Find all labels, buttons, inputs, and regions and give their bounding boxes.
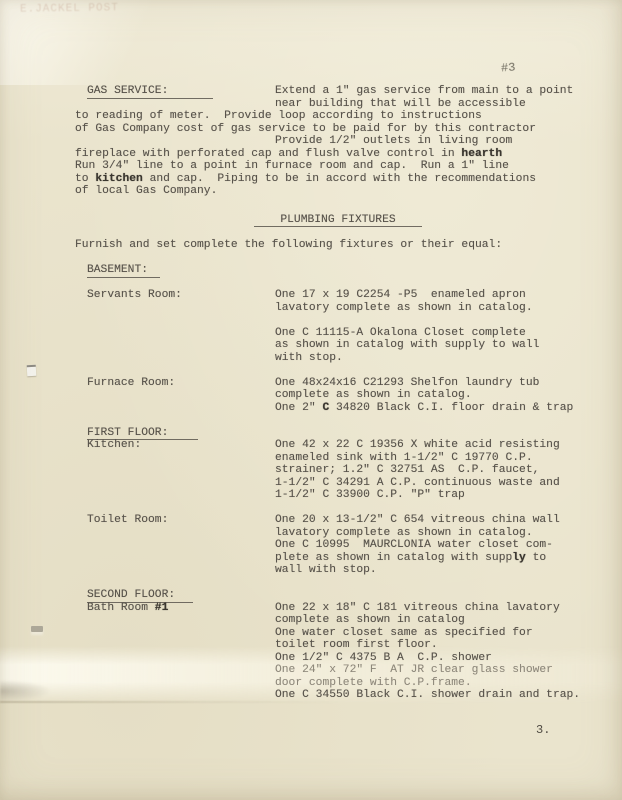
typed-text: One C 11115-A Okalona Closet complete [275, 327, 526, 339]
doc-line [75, 198, 575, 211]
line-text: strainer; 1.2" C 32751 AS C.P. faucet, [275, 464, 539, 476]
typed-text: to [526, 552, 546, 564]
typed-text: to [75, 173, 95, 185]
typed-text: enameled sink with 1-1/2" C 19770 C.P. [275, 452, 533, 464]
line-text: door complete with C.P.frame. [275, 677, 472, 689]
page-number: 3. [536, 723, 550, 737]
typed-text: complete as shown in catalog. [275, 389, 472, 401]
doc-line: to kitchen and cap. Piping to be in acco… [75, 173, 575, 186]
section-heading: BASEMENT: [87, 264, 160, 278]
doc-line [75, 314, 575, 327]
doc-line [75, 577, 575, 590]
typed-text: toilet room first floor. [275, 639, 438, 651]
overstruck-text: ly [512, 552, 526, 564]
line-text: 1-1/2" C 33900 C.P. "P" trap [275, 489, 465, 501]
doc-line: Furnish and set complete the following f… [75, 239, 575, 252]
doc-line [75, 252, 575, 265]
typed-text: Kitchen: [87, 439, 141, 451]
doc-line: lavatory complete as shown in catalog. [75, 302, 575, 315]
doc-line [75, 502, 575, 515]
line-text: One 42 x 22 C 19356 X white acid resisti… [275, 439, 560, 451]
typed-text: Servants Room: [87, 289, 182, 301]
typed-text: with stop. [275, 352, 343, 364]
doc-line: SECOND FLOOR: [75, 589, 575, 602]
line-text: complete as shown in catalog. [275, 389, 472, 401]
line-text: One 17 x 19 C2254 -P5 enameled apron [275, 289, 526, 301]
line-text: 1-1/2" C 34291 A C.P. continuous waste a… [275, 477, 560, 489]
paper-smudge [0, 680, 50, 702]
line-text: toilet room first floor. [275, 639, 438, 651]
typed-text: One 48x24x16 C21293 Shelfon laundry tub [275, 377, 539, 389]
line-text: with stop. [275, 352, 343, 364]
doc-line: One C 34550 Black C.I. shower drain and … [75, 689, 575, 702]
doc-line: One 24" x 72" F AT JR clear glass shower [75, 664, 575, 677]
typed-text: One C 10995 MAURCLONIA water closet com- [275, 539, 553, 551]
doc-line: 1-1/2" C 34291 A C.P. continuous waste a… [75, 477, 575, 490]
doc-line: complete as shown in catalog. [75, 389, 575, 402]
page-ref-top: #3 [501, 61, 516, 76]
doc-line: to reading of meter. Provide loop accord… [75, 110, 575, 123]
line-text: One 48x24x16 C21293 Shelfon laundry tub [275, 377, 539, 389]
room-label: Bath Room #1 [87, 602, 168, 615]
typed-text: PLUMBING FIXTURES [280, 214, 395, 226]
doc-line: as shown in catalog with supply to wall [75, 339, 575, 352]
typed-text: One water closet same as specified for [275, 627, 533, 639]
line-text: Run 3/4" line to a point in furnace room… [75, 160, 509, 172]
typed-text: of Gas Company cost of gas service to be… [75, 123, 536, 135]
typed-text: lavatory complete as shown in catalog. [275, 302, 533, 314]
paper-speck [31, 626, 43, 632]
doc-line: strainer; 1.2" C 32751 AS C.P. faucet, [75, 464, 575, 477]
doc-line [75, 227, 575, 240]
doc-line: plete as shown in catalog with supply to [75, 552, 575, 565]
typed-text: BASEMENT: [87, 264, 148, 276]
doc-line: near building that will be accessible [75, 98, 575, 111]
typed-text: Run 3/4" line to a point in furnace room… [75, 160, 509, 172]
typed-text: One 1/2" C 4375 B A C.P. shower [275, 652, 492, 664]
doc-line: PLUMBING FIXTURES [88, 214, 588, 227]
line-text: lavatory complete as shown in catalog. [275, 302, 533, 314]
typed-text: One 22 x 18" C 181 vitreous china lavato… [275, 602, 560, 614]
doc-line: of Gas Company cost of gas service to be… [75, 123, 575, 136]
line-text: near building that will be accessible [275, 98, 526, 110]
doc-line [75, 364, 575, 377]
typed-text: complete as shown in catalog [275, 614, 465, 626]
typed-text: One 17 x 19 C2254 -P5 enameled apron [275, 289, 526, 301]
typed-text: One 42 x 22 C 19356 X white acid resisti… [275, 439, 560, 451]
line-text: wall with stop. [275, 564, 377, 576]
document-lines: GAS SERVICE:Extend a 1" gas service from… [75, 85, 575, 702]
typed-text: of local Gas Company. [75, 185, 217, 197]
doc-line: GAS SERVICE:Extend a 1" gas service from… [75, 85, 575, 98]
centered-heading: PLUMBING FIXTURES [254, 214, 421, 227]
doc-line: lavatory complete as shown in catalog. [75, 527, 575, 540]
typed-text: plete as shown in catalog with supp [275, 552, 512, 564]
doc-line: Run 3/4" line to a point in furnace room… [75, 160, 575, 173]
line-text: One C 11115-A Okalona Closet complete [275, 327, 526, 339]
line-text: as shown in catalog with supply to wall [275, 339, 539, 351]
overstruck-text: hearth [461, 148, 502, 160]
typed-text: One 24" x 72" F AT JR clear glass shower [275, 664, 553, 676]
typed-text: Extend a 1" gas service from main to a p… [275, 85, 573, 97]
doc-line: door complete with C.P.frame. [75, 677, 575, 690]
section-heading: GAS SERVICE: [87, 85, 213, 99]
typed-text: One 20 x 13-1/2" C 654 vitreous china wa… [275, 514, 560, 526]
doc-line: Servants Room:One 17 x 19 C2254 -P5 enam… [75, 289, 575, 302]
line-text: to reading of meter. Provide loop accord… [75, 110, 482, 122]
line-text: One C 34550 Black C.I. shower drain and … [275, 689, 580, 701]
doc-line: 1-1/2" C 33900 C.P. "P" trap [75, 489, 575, 502]
typed-text: One C 34550 Black C.I. shower drain and … [275, 689, 580, 701]
doc-line: with stop. [75, 352, 575, 365]
line-text: of Gas Company cost of gas service to be… [75, 123, 536, 135]
typed-text: 1-1/2" C 34291 A C.P. continuous waste a… [275, 477, 560, 489]
line-text: One 20 x 13-1/2" C 654 vitreous china wa… [275, 514, 560, 526]
room-label: Furnace Room: [87, 377, 175, 390]
typed-text: Bath Room [87, 602, 155, 614]
doc-line: Bath Room #1One 22 x 18" C 181 vitreous … [75, 602, 575, 615]
line-text: One water closet same as specified for [275, 627, 533, 639]
overstruck-text: #1 [155, 602, 169, 614]
typed-text: wall with stop. [275, 564, 377, 576]
line-text: One 24" x 72" F AT JR clear glass shower [275, 664, 553, 676]
doc-line: of local Gas Company. [75, 185, 575, 198]
line-text: Provide 1/2" outlets in living room [275, 135, 512, 147]
line-text: of local Gas Company. [75, 185, 217, 197]
line-text: Furnish and set complete the following f… [75, 239, 502, 251]
line-text: lavatory complete as shown in catalog. [275, 527, 533, 539]
typed-text: FIRST FLOOR: [87, 427, 168, 439]
doc-line: One C 10995 MAURCLONIA water closet com- [75, 539, 575, 552]
doc-line: complete as shown in catalog [75, 614, 575, 627]
section-heading: FIRST FLOOR: [87, 427, 198, 441]
typed-text: GAS SERVICE: [87, 85, 168, 97]
doc-line: Furnace Room:One 48x24x16 C21293 Shelfon… [75, 377, 575, 390]
typed-text: door complete with C.P.frame. [275, 677, 472, 689]
typed-text: 34820 Black C.I. floor drain & trap [329, 402, 573, 414]
typed-text: Provide 1/2" outlets in living room [275, 135, 512, 147]
room-label: Servants Room: [87, 289, 182, 302]
room-label: Kitchen: [87, 439, 141, 452]
line-text: One 22 x 18" C 181 vitreous china lavato… [275, 602, 560, 614]
doc-line: toilet room first floor. [75, 639, 575, 652]
doc-line [75, 277, 575, 290]
line-text: fireplace with perforated cap and flush … [75, 148, 502, 160]
line-text: to kitchen and cap. Piping to be in acco… [75, 173, 536, 185]
typed-text: and cap. Piping to be in accord with the… [143, 173, 536, 185]
doc-line [75, 414, 575, 427]
room-label: Toilet Room: [87, 514, 168, 527]
typed-text: SECOND FLOOR: [87, 589, 175, 601]
doc-line: One water closet same as specified for [75, 627, 575, 640]
line-text: Extend a 1" gas service from main to a p… [275, 85, 573, 97]
doc-line: BASEMENT: [75, 264, 575, 277]
doc-line: One 1/2" C 4375 B A C.P. shower [75, 652, 575, 665]
paper-speck [27, 365, 37, 376]
doc-line: FIRST FLOOR: [75, 427, 575, 440]
doc-line: Provide 1/2" outlets in living room [75, 135, 575, 148]
doc-line: One 2" C 34820 Black C.I. floor drain & … [75, 402, 575, 415]
faint-stamp: E.JACKEL POST [20, 2, 119, 15]
doc-line: Kitchen:One 42 x 22 C 19356 X white acid… [75, 439, 575, 452]
typed-text: as shown in catalog with supply to wall [275, 339, 539, 351]
typed-text: to reading of meter. Provide loop accord… [75, 110, 482, 122]
section-heading: SECOND FLOOR: [87, 589, 193, 603]
overstruck-text: kitchen [95, 173, 142, 185]
line-text: complete as shown in catalog [275, 614, 465, 626]
scanned-document-page: E.JACKEL POST #3 GAS SERVICE:Extend a 1"… [0, 0, 622, 800]
line-text: One 2" C 34820 Black C.I. floor drain & … [275, 402, 573, 414]
typed-text: Furnace Room: [87, 377, 175, 389]
doc-line: enameled sink with 1-1/2" C 19770 C.P. [75, 452, 575, 465]
typed-text: fireplace with perforated cap and flush … [75, 148, 461, 160]
typed-text: 1-1/2" C 33900 C.P. "P" trap [275, 489, 465, 501]
typed-text: Toilet Room: [87, 514, 168, 526]
line-text: plete as shown in catalog with supply to [275, 552, 546, 564]
line-text: One C 10995 MAURCLONIA water closet com- [275, 539, 553, 551]
doc-line: wall with stop. [75, 564, 575, 577]
typed-text: Furnish and set complete the following f… [75, 239, 502, 251]
doc-line: One C 11115-A Okalona Closet complete [75, 327, 575, 340]
line-text: enameled sink with 1-1/2" C 19770 C.P. [275, 452, 533, 464]
typed-text: strainer; 1.2" C 32751 AS C.P. faucet, [275, 464, 539, 476]
typed-text: One 2" [275, 402, 322, 414]
line-text: One 1/2" C 4375 B A C.P. shower [275, 652, 492, 664]
typed-text: near building that will be accessible [275, 98, 526, 110]
doc-line: fireplace with perforated cap and flush … [75, 148, 575, 161]
doc-line: Toilet Room:One 20 x 13-1/2" C 654 vitre… [75, 514, 575, 527]
typed-text: lavatory complete as shown in catalog. [275, 527, 533, 539]
